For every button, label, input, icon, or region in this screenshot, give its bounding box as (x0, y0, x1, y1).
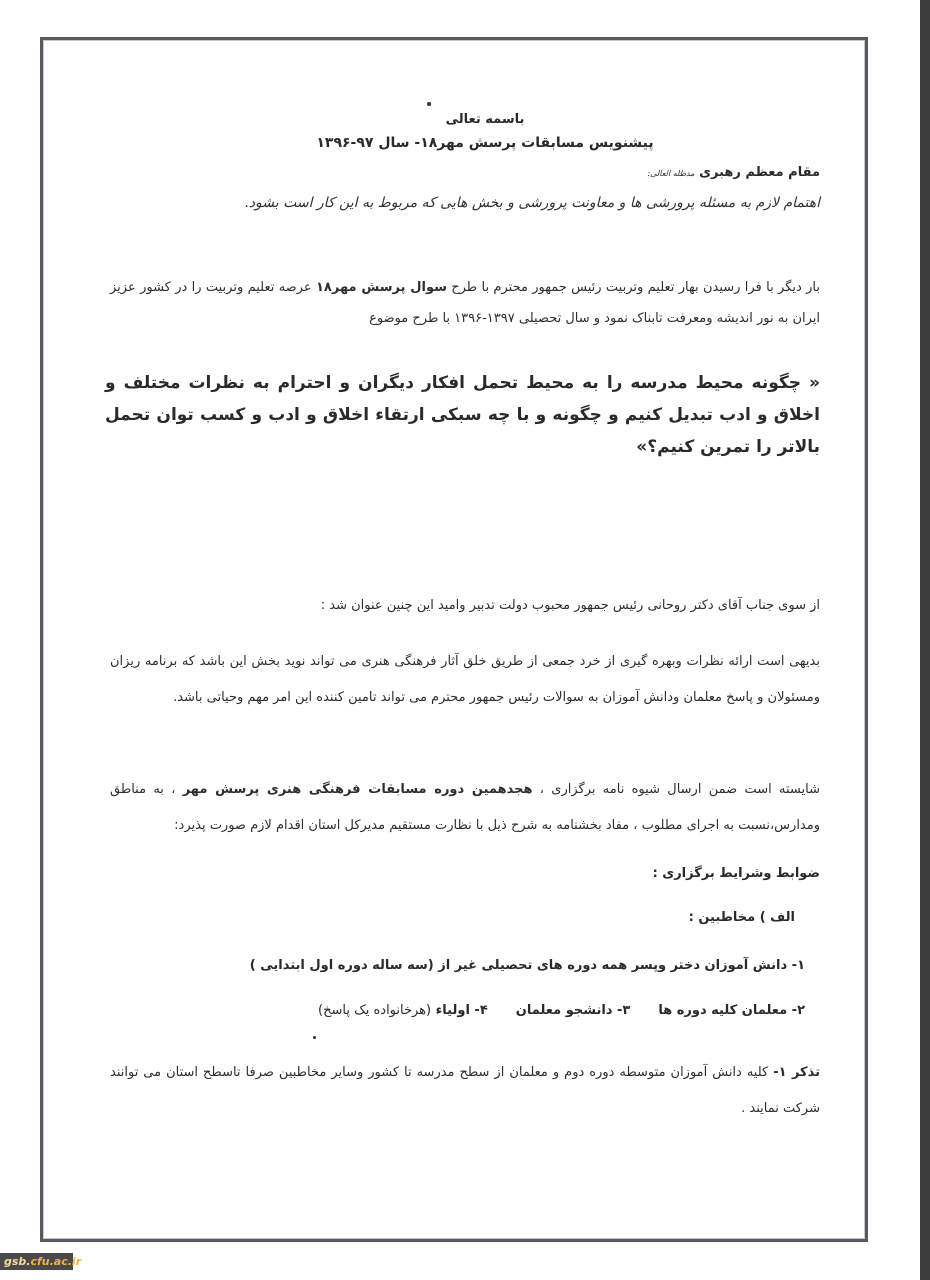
ink-dot (427, 102, 431, 106)
request-bold-phrase: هجدهمین دوره مسابقات فرهنگی هنری پرسش مه… (183, 782, 533, 797)
main-question: « چگونه محیط مدرسه را به محیط تحمل افکار… (105, 367, 820, 463)
audience-item-3: ۳- دانشجو معلمان (516, 1003, 631, 1018)
watermark-part-1: gsb. (4, 1255, 30, 1268)
site-watermark: gsb.cfu.ac.ir (0, 1253, 73, 1270)
note-label: تذکر ۱- (773, 1065, 820, 1080)
subsection-heading: الف ) مخاطبین : (689, 910, 795, 925)
leader-label: مقام معظم رهبری مدظله العالی: (647, 165, 820, 180)
invocation-heading: باسمه تعالی (0, 112, 930, 127)
note-paragraph: تذکر ۱- کلیه دانش آموزان متوسطه دوره دوم… (110, 1055, 820, 1127)
document-title: پیشنویس مسابقات پرسش مهر۱۸- سال ۹۷-۱۳۹۶ (0, 135, 930, 151)
note-text: کلیه دانش آموزان متوسطه دوره دوم و معلما… (110, 1065, 820, 1116)
audience-item-row-2: ۲- معلمان کلیه دوره ها۳- دانشجو معلمان۴-… (318, 1003, 805, 1018)
ink-dot (313, 1036, 316, 1039)
document-page: باسمه تعالی پیشنویس مسابقات پرسش مهر۱۸- … (0, 0, 930, 1280)
audience-item-1: ۱- دانش آموزان دختر وپسر همه دوره های تح… (250, 958, 805, 973)
intro-text-1: بار دیگر با فرا رسیدن بهار تعلیم وتربیت … (447, 280, 820, 295)
announcement-paragraph: از سوی جناب آقای دکتر روحانی رئیس جمهور … (110, 590, 820, 621)
section-heading: ضوابط وشرایط برگزاری : (653, 866, 820, 881)
request-text-1: شایسته است ضمن ارسال شیوه نامه برگزاری ، (533, 782, 820, 797)
audience-item-4: ۴- اولیاء (436, 1003, 488, 1018)
intro-bold-phrase: سوال پرسش مهر۱۸ (316, 280, 447, 295)
intro-paragraph: بار دیگر با فرا رسیدن بهار تعلیم وتربیت … (110, 272, 820, 334)
watermark-part-2: cfu.ac.ir (30, 1255, 81, 1268)
obvious-paragraph: بدیهی است ارائه نظرات وبهره گیری از خرد … (110, 644, 820, 716)
request-paragraph: شایسته است ضمن ارسال شیوه نامه برگزاری ،… (110, 772, 820, 844)
audience-item-2: ۲- معلمان کلیه دوره ها (658, 1003, 805, 1018)
audience-item-4-note: (هرخانواده یک پاسخ) (318, 1003, 431, 1018)
leader-honorific: مدظله العالی: (647, 169, 694, 178)
leader-name: مقام معظم رهبری (699, 165, 820, 180)
leader-quote: اهتمام لازم به مسئله پرورشی ها و معاونت … (244, 195, 820, 211)
